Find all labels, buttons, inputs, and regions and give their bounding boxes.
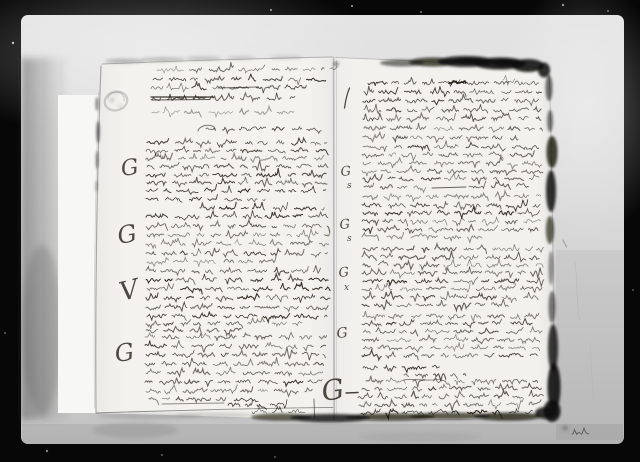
margin-letter: G <box>340 164 352 180</box>
margin-letter: G <box>119 155 140 182</box>
scan-viewer: GGVGGsGsGxGG <box>0 0 640 462</box>
scan-left-shadow-blotch <box>22 245 62 415</box>
margin-letter: G <box>336 325 349 342</box>
margin-letter: G <box>339 217 351 233</box>
margin-letter: x <box>344 283 349 293</box>
manuscript-scan-canvas[interactable]: GGVGGsGsGxGG <box>0 0 640 462</box>
margin-letter: G <box>113 338 136 368</box>
margin-letter: G <box>319 372 346 408</box>
margin-letter: s <box>347 181 352 191</box>
margin-letter: G <box>338 265 350 281</box>
margin-letter: s <box>347 234 352 244</box>
